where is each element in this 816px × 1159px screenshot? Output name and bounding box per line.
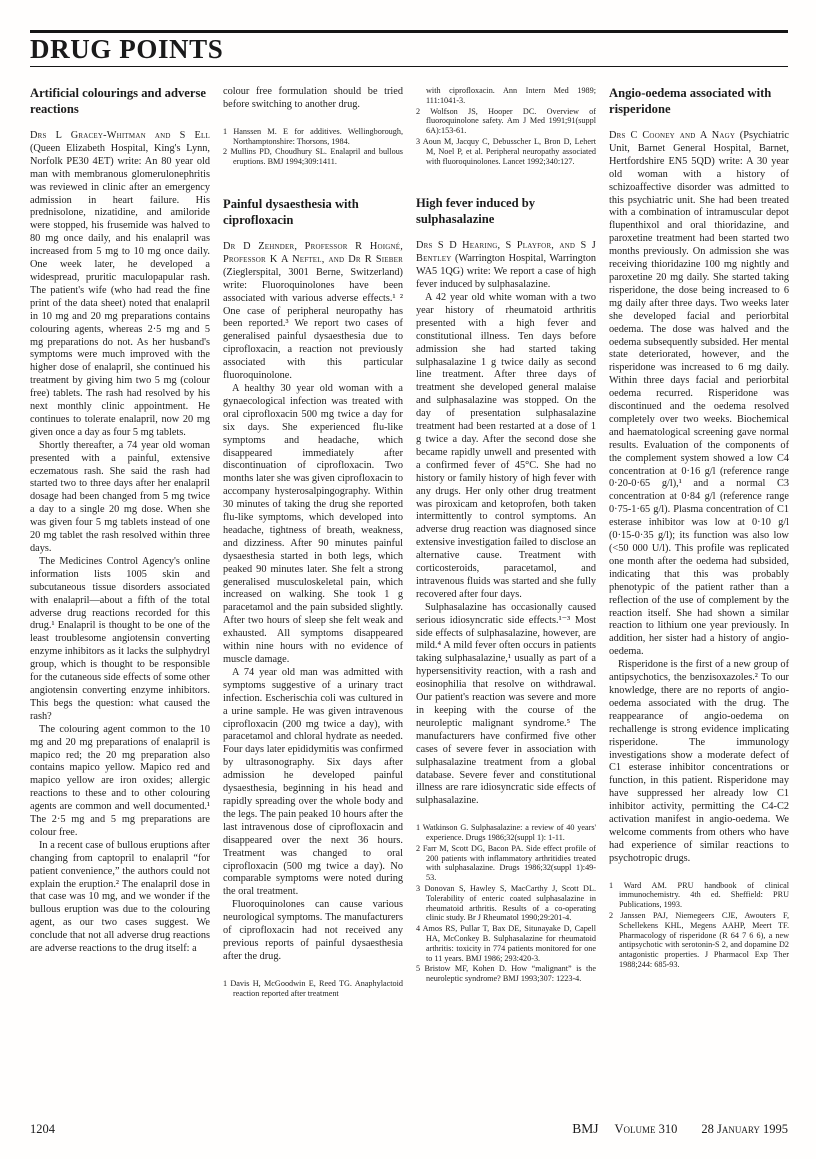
article1-paragraph: Shortly thereafter, a 74 year old woman … xyxy=(30,440,210,556)
article1-paragraph: The Medicines Control Agency's online in… xyxy=(30,556,210,724)
article1-references: 1 Hanssen M. E for additives. Wellingbor… xyxy=(223,127,403,167)
article2-intro-paragraph: Dr D Zehnder, Professor R Hoigné, Profes… xyxy=(223,241,403,383)
column-3: with ciprofloxacin. Ann Intern Med 1989;… xyxy=(416,86,596,999)
article4-intro-paragraph: Drs C Cooney and A Nagy (Psychiatric Uni… xyxy=(609,130,789,659)
column-4: Angio-oedema associated with risperidone… xyxy=(609,86,789,999)
masthead: DRUG POINTS xyxy=(30,0,788,67)
article3-title: High fever induced by sulphasalazine xyxy=(416,196,596,227)
reference-item: 4 Amos RS, Pullar T, Bax DE, Situnayake … xyxy=(416,924,596,963)
article3-paragraph: Sulphasalazine has occasionally caused s… xyxy=(416,602,596,809)
article2-authors: Dr D Zehnder, Professor R Hoigné, Profes… xyxy=(223,241,403,265)
footer-journal-info: BMJ Volume 310 28 January 1995 xyxy=(572,1121,788,1137)
article1-title: Artificial colourings and adverse reacti… xyxy=(30,86,210,117)
reference-item: 2 Wolfson JS, Hooper DC. Overview of flu… xyxy=(416,107,596,136)
article1-continuation-paragraph: colour free formulation should be tried … xyxy=(223,86,403,112)
reference-item: 2 Janssen PAJ, Niemegeers CJE, Awouters … xyxy=(609,911,789,970)
article3-intro-paragraph: Drs S D Hearing, S Playfor, and S J Bent… xyxy=(416,240,596,292)
article2-intro-text: (Zieglerspital, 3001 Berne, Switzerland)… xyxy=(223,267,403,381)
article4-references: 1 Ward AM. PRU handbook of clinical immu… xyxy=(609,881,789,970)
article2-references-start: 1 Davis H, McGoodwin E, Reed TG. Anaphyl… xyxy=(223,979,403,999)
journal-page: DRUG POINTS Artificial colourings and ad… xyxy=(0,0,816,1159)
reference-item: 2 Farr M, Scott DG, Bacon PA. Side effec… xyxy=(416,844,596,883)
article1-intro-paragraph: Drs L Gracey-Whitman and S Ell (Queen El… xyxy=(30,130,210,440)
reference-continuation: with ciprofloxacin. Ann Intern Med 1989;… xyxy=(416,86,596,106)
text-columns: Artificial colourings and adverse reacti… xyxy=(30,86,788,999)
column-1: Artificial colourings and adverse reacti… xyxy=(30,86,210,999)
article2-paragraph: Fluoroquinolones can cause various neuro… xyxy=(223,899,403,964)
reference-item: 3 Donovan S, Hawley S, MacCarthy J, Scot… xyxy=(416,884,596,923)
article1-intro-text: (Queen Elizabeth Hospital, King's Lynn, … xyxy=(30,143,210,438)
top-rule xyxy=(30,30,788,33)
journal-name: BMJ xyxy=(572,1121,598,1137)
page-footer: 1204 BMJ Volume 310 28 January 1995 xyxy=(30,1121,788,1137)
title-underline xyxy=(30,66,788,67)
article4-title: Angio-oedema associated with risperidone xyxy=(609,86,789,117)
page-number: 1204 xyxy=(30,1122,55,1137)
issue-date: 28 January 1995 xyxy=(701,1122,788,1137)
reference-item: 5 Bristow MF, Kohen D. How “malignant” i… xyxy=(416,964,596,984)
article2-references-continued: with ciprofloxacin. Ann Intern Med 1989;… xyxy=(416,86,596,166)
article2-paragraph: A healthy 30 year old woman with a gynae… xyxy=(223,383,403,667)
article3-paragraph: A 42 year old white woman with a two yea… xyxy=(416,292,596,602)
article1-authors: Drs L Gracey-Whitman and S Ell xyxy=(30,130,210,141)
article4-paragraph: Risperidone is the first of a new group … xyxy=(609,659,789,866)
article2-title: Painful dysaesthesia with ciprofloxacin xyxy=(223,197,403,228)
article3-references: 1 Watkinson G. Sulphasalazine: a review … xyxy=(416,823,596,984)
reference-item: 1 Davis H, McGoodwin E, Reed TG. Anaphyl… xyxy=(223,979,403,999)
reference-item: 2 Mullins PD, Choudhury SL. Enalapril an… xyxy=(223,147,403,167)
section-title: DRUG POINTS xyxy=(30,34,788,64)
reference-item: 1 Watkinson G. Sulphasalazine: a review … xyxy=(416,823,596,843)
reference-item: 3 Aoun M, Jacquy C, Debusscher L, Bron D… xyxy=(416,137,596,166)
article1-paragraph: In a recent case of bullous eruptions af… xyxy=(30,840,210,956)
reference-item: 1 Hanssen M. E for additives. Wellingbor… xyxy=(223,127,403,147)
article4-intro-text: (Psychiatric Unit, Barnet General Hospit… xyxy=(609,130,789,657)
article1-paragraph: The colouring agent common to the 10 mg … xyxy=(30,724,210,840)
reference-item: 1 Ward AM. PRU handbook of clinical immu… xyxy=(609,881,789,910)
column-2: colour free formulation should be tried … xyxy=(223,86,403,999)
journal-volume: Volume 310 xyxy=(614,1122,677,1137)
article4-authors: Drs C Cooney and A Nagy xyxy=(609,130,735,141)
article2-paragraph: A 74 year old man was admitted with symp… xyxy=(223,667,403,899)
